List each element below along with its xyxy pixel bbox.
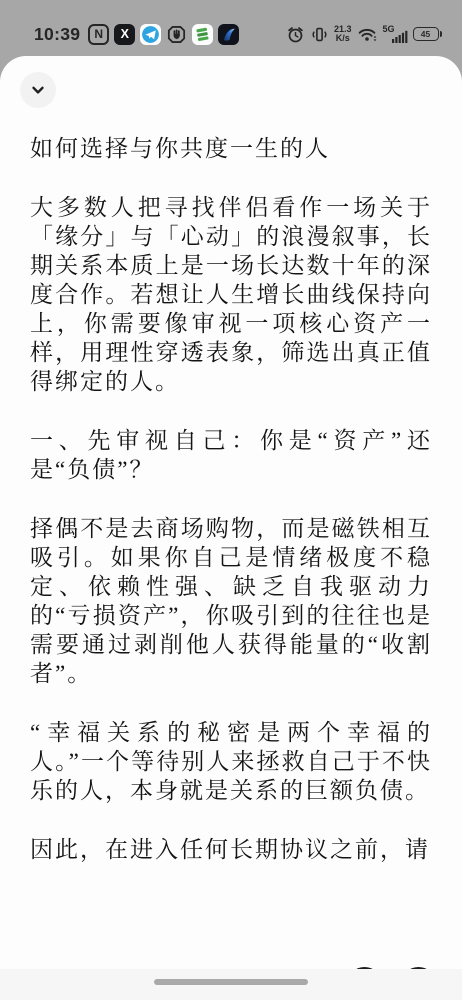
alarm-icon — [286, 25, 305, 44]
note-content[interactable]: 如何选择与你共度一生的人 大多数人把寻找伴侣看作一场关于「缘分」与「心动」的浪漫… — [0, 56, 462, 882]
hand-app-icon — [166, 24, 187, 45]
note-body: 大多数人把寻找伴侣看作一场关于「缘分」与「心动」的浪漫叙事，长期关系本质上是一场… — [30, 193, 432, 864]
telegram-app-icon — [140, 24, 161, 45]
status-bar: 10:39 N X — [0, 0, 462, 58]
note-paragraph: 因此，在进入任何长期协议之前，请 — [30, 835, 432, 864]
navy-app-icon — [218, 24, 239, 45]
note-title: 如何选择与你共度一生的人 — [30, 134, 432, 163]
home-indicator[interactable] — [154, 979, 308, 985]
note-paragraph: 一、先审视自己：你是“资产”还是“负债”？ — [30, 426, 432, 484]
clock-time: 10:39 — [34, 24, 80, 45]
signal-bars-icon: 5G — [383, 25, 408, 43]
note-card: 如何选择与你共度一生的人 大多数人把寻找伴侣看作一场关于「缘分」与「心动」的浪漫… — [0, 56, 462, 1000]
notification-icons: N X — [88, 24, 239, 45]
battery-percent: 45 — [421, 29, 430, 39]
battery-icon: 45 — [413, 27, 443, 41]
gesture-bar — [0, 969, 462, 1000]
network-speed: 21.3 K/s — [334, 25, 352, 44]
wifi-icon — [357, 25, 378, 43]
note-paragraph: “幸福关系的秘密是两个幸福的人。”一个等待别人来拯救自己于不快乐的人，本身就是关… — [30, 718, 432, 805]
green-notes-app-icon — [192, 24, 213, 45]
note-paragraph: 大多数人把寻找伴侣看作一场关于「缘分」与「心动」的浪漫叙事，长期关系本质上是一场… — [30, 193, 432, 396]
nfc-icon: N — [88, 24, 109, 45]
status-indicators: 21.3 K/s 5G 45 — [286, 25, 442, 44]
x-app-icon: X — [114, 24, 135, 45]
note-paragraph: 择偶不是去商场购物，而是磁铁相互吸引。如果你自己是情绪极度不稳定、依赖性强、缺乏… — [30, 514, 432, 688]
vibrate-icon — [310, 25, 329, 44]
